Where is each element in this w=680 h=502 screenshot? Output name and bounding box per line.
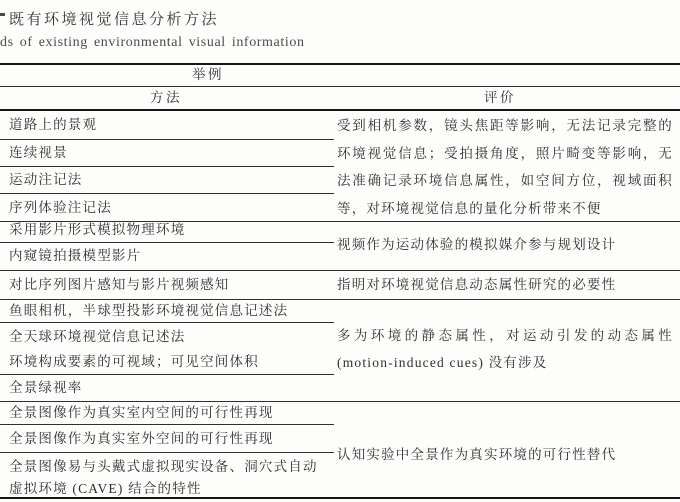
cut-off-character-fragment: [0, 13, 5, 16]
table-title-chinese: 既有环境视觉信息分析方法: [9, 8, 219, 29]
method-cell-line: 全景图像作为真实室外空间的可行性再现: [9, 431, 274, 447]
evaluation-cell-line: 受到相机参数，镜头焦距等影响，无法记录完整的: [337, 118, 673, 134]
column-header-example: 举例: [158, 67, 258, 83]
table-top-border: [0, 63, 680, 65]
method-cell-line: 全景图像作为真实室内空间的可行性再现: [9, 405, 274, 421]
evaluation-cell-line: 认知实验中全景作为真实环境的可行性替代: [337, 447, 673, 463]
row-divider: [0, 270, 680, 271]
method-row-divider: [0, 242, 334, 243]
method-cell-line: 序列体验注记法: [9, 200, 112, 216]
method-cell-line: 道路上的景观: [9, 117, 97, 133]
method-cell-line: 全天球环境视觉信息记述法: [9, 329, 185, 345]
method-row-divider: [0, 193, 334, 194]
header-bottom-border: [0, 109, 680, 111]
method-cell-line: 采用影片形式模拟物理环境: [9, 222, 185, 238]
method-cell-line: 全景绿视率: [9, 380, 83, 396]
method-row-divider: [0, 139, 334, 140]
table-caption-english: ds of existing environmental visual info…: [0, 35, 305, 51]
row-divider: [0, 401, 680, 402]
header-divider: [0, 86, 680, 87]
evaluation-cell-line: 指明对环境视觉信息动态属性研究的必要性: [337, 277, 673, 293]
evaluation-cell-line: 法准确记录环境信息属性，如空间方位，视域面积: [337, 173, 673, 189]
method-cell-line: 连续视景: [9, 145, 68, 161]
method-row-divider: [0, 166, 334, 167]
method-row-divider: [0, 452, 334, 453]
method-row-divider: [0, 322, 334, 323]
evaluation-cell-line: (motion-induced cues) 没有涉及: [337, 355, 673, 371]
evaluation-cell-line: 环境视觉信息；受拍摄角度，照片畸变等影响，无: [337, 146, 673, 162]
method-row-divider: [0, 374, 334, 375]
table-bottom-border: [0, 497, 680, 499]
method-row-divider: [0, 424, 334, 425]
evaluation-cell-line: 等，对环境视觉信息的量化分析带来不便: [337, 201, 673, 217]
method-cell-line: 内窥镜拍摄模型影片: [9, 248, 141, 264]
method-cell-line: 环境构成要素的可视域；可见空间体积: [9, 354, 259, 370]
method-cell-line: 对比序列图片感知与影片视频感知: [9, 277, 230, 293]
method-cell-line: 鱼眼相机，半球型投影环境视觉信息记述法: [9, 303, 288, 319]
column-header-method: 方法: [116, 90, 216, 106]
method-cell-line: 运动注记法: [9, 172, 83, 188]
column-header-evaluation: 评价: [450, 90, 550, 106]
row-divider: [0, 299, 680, 300]
evaluation-cell-line: 视频作为运动体验的模拟媒介参与规划设计: [337, 237, 673, 253]
evaluation-cell-line: 多为环境的静态属性，对运动引发的动态属性: [337, 328, 673, 344]
method-cell-line: 虚拟环境 (CAVE) 结合的特性: [9, 481, 202, 497]
document-page: 既有环境视觉信息分析方法 ds of existing environmenta…: [0, 0, 680, 502]
method-cell-line: 全景图像易与头戴式虚拟现实设备、洞穴式自动: [9, 459, 318, 475]
